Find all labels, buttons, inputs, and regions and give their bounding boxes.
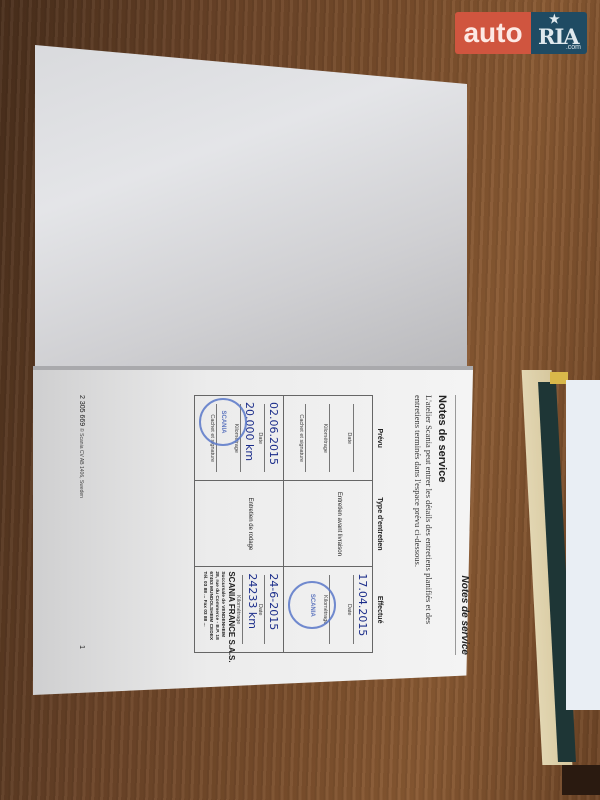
page-title: Notes de service <box>436 395 448 482</box>
footer-code: 2 305 669 <box>78 395 85 426</box>
km-label: Kilométrage <box>322 404 330 472</box>
footer: 2 305 669 © Scania CV AB 1406, Sweden <box>78 395 85 498</box>
page-number: 1 <box>78 645 85 649</box>
watermark-auto: auto <box>455 12 531 54</box>
service-table: Prévu Type d'entretien Effectué Date Kil… <box>194 395 386 653</box>
booklet-top-page <box>35 45 467 370</box>
table-row: 02.06.2015 Date 20.000 km Kilométrage Ca… <box>195 396 284 653</box>
type-cell: Entretien de rodage <box>195 481 284 567</box>
service-type: Entretien avant livraison <box>336 481 372 566</box>
autoria-watermark: auto ★ RIA .com <box>455 12 587 54</box>
km-label: Kilométrage <box>235 575 243 644</box>
col-planned: Prévu <box>373 396 387 481</box>
dealer-stamp-name: SCANIA FRANCE S.A.S. <box>227 571 236 662</box>
handwritten-date: 17.04.2015 <box>356 573 369 636</box>
book-shadow <box>562 765 600 795</box>
date-label: Date <box>346 404 354 472</box>
handwritten-date: 24-6-2015 <box>267 573 280 630</box>
date-label: Date <box>257 404 265 472</box>
intro-text: L'atelier Scania peut entrer les détails… <box>412 395 434 650</box>
company-stamp-icon: SCANIA <box>288 581 336 629</box>
address-line: Succursale de VENDENHEIM <box>219 571 225 640</box>
done-cell: 17.04.2015 Date Kilométrage SCANIA <box>284 567 373 653</box>
address-line: 28, rue du Commerce - B.P. 18 <box>213 571 219 640</box>
address-line: 67453 MUNDOLSHEIM CEDEX <box>207 571 213 640</box>
handwritten-date: 02.06.2015 <box>267 402 280 465</box>
type-cell: Entretien avant livraison <box>284 481 373 567</box>
handwritten-km: 24233 km <box>246 573 259 629</box>
booklet-fold <box>33 366 473 370</box>
company-stamp-icon: SCANIA <box>199 398 247 446</box>
watermark-suffix: .com <box>566 44 581 51</box>
stamp-label: Cachet et signature <box>298 404 306 472</box>
done-cell: 24-6-2015 Date 24233 km Kilométrage SCAN… <box>195 567 284 653</box>
book-pages <box>566 380 600 710</box>
service-notes-page: Notes de service Notes de service L'atel… <box>60 395 470 655</box>
dealer-stamp-address: Succursale de VENDENHEIM 28, rue du Comm… <box>201 571 225 640</box>
planned-cell: Date Kilométrage Cachet et signature <box>284 396 373 481</box>
footer-copyright: © Scania CV AB 1406, Sweden <box>78 428 84 498</box>
col-done: Effectué <box>373 567 387 653</box>
service-type: Entretien de rodage <box>247 481 283 566</box>
col-type: Type d'entretien <box>373 481 387 567</box>
closed-book <box>532 370 600 770</box>
running-header: Notes de service <box>459 576 470 656</box>
planned-cell: 02.06.2015 Date 20.000 km Kilométrage Ca… <box>195 396 284 481</box>
watermark-ria: ★ RIA .com <box>531 12 587 54</box>
date-label: Date <box>346 575 354 644</box>
header-rule <box>455 395 456 655</box>
table-row: Date Kilométrage Cachet et signature Ent… <box>284 396 373 653</box>
